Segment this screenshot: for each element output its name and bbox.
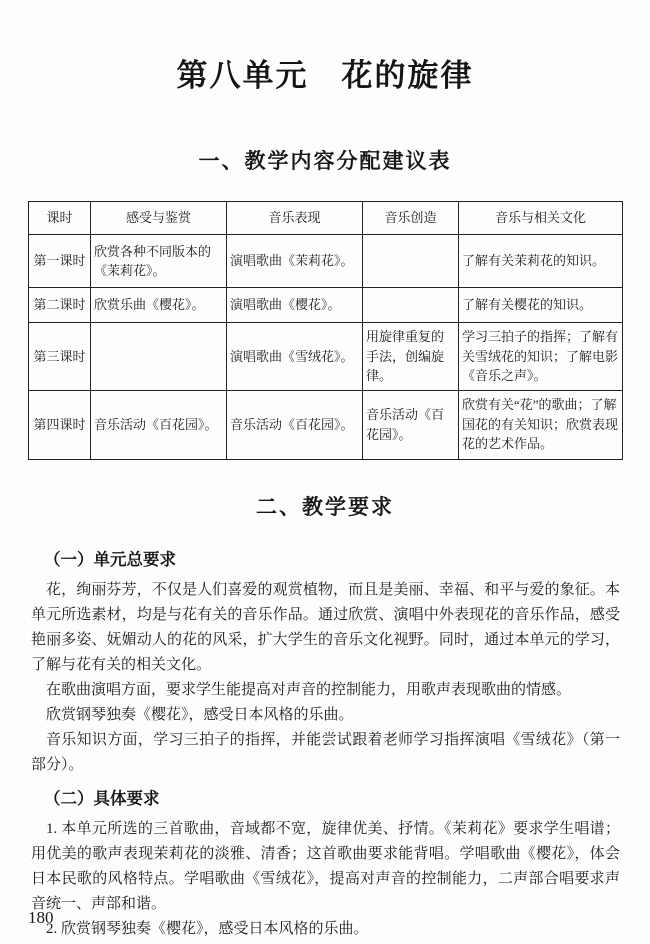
table-row: 第三课时 演唱歌曲《雪绒花》。 用旋律重复的手法，创编旋律。 学习三拍子的指挥；… — [29, 323, 623, 391]
table-cell: 欣赏有关“花”的歌曲；了解国花的有关知识；欣赏表现花的艺术作品。 — [459, 390, 623, 459]
paragraph: 花，绚丽芬芳，不仅是人们喜爱的观赏植物，而且是美丽、幸福、和平与爱的象征。本单元… — [31, 578, 620, 678]
schedule-table: 课时 感受与鉴赏 音乐表现 音乐创造 音乐与相关文化 第一课时 欣赏各种不同版本… — [28, 201, 623, 460]
section-one-heading: 一、教学内容分配建议表 — [0, 145, 650, 175]
table-cell: 演唱歌曲《樱花》。 — [227, 288, 363, 323]
table-cell: 音乐活动《百花园》。 — [363, 390, 459, 459]
paragraph: 1. 本单元所选的三首歌曲，音域都不宽，旋律优美、抒情。《茉莉花》要求学生唱谱；… — [31, 817, 620, 917]
table-cell: 演唱歌曲《雪绒花》。 — [227, 323, 363, 391]
table-cell: 音乐活动《百花园》。 — [91, 390, 227, 459]
document-page: 第八单元 花的旋律 一、教学内容分配建议表 课时 感受与鉴赏 音乐表现 音乐创造… — [0, 0, 650, 944]
table-cell: 欣赏各种不同版本的《茉莉花》。 — [91, 235, 227, 288]
table-cell: 了解有关樱花的知识。 — [459, 288, 623, 323]
table-header-cell: 音乐表现 — [227, 202, 363, 235]
unit-requirements-heading: （一）单元总要求 — [44, 546, 650, 570]
table-cell: 第二课时 — [29, 288, 91, 323]
table-cell: 第四课时 — [29, 390, 91, 459]
table-cell — [91, 323, 227, 391]
table-cell: 欣赏乐曲《樱花》。 — [91, 288, 227, 323]
table-cell — [363, 288, 459, 323]
table-cell: 音乐活动《百花园》。 — [227, 390, 363, 459]
page-number: 180 — [28, 908, 54, 928]
table-header-cell: 音乐与相关文化 — [459, 202, 623, 235]
table-cell: 学习三拍子的指挥；了解有关雪绒花的知识；了解电影《音乐之声》。 — [459, 323, 623, 391]
table-header-row: 课时 感受与鉴赏 音乐表现 音乐创造 音乐与相关文化 — [29, 202, 623, 235]
table-cell — [363, 235, 459, 288]
unit-title: 第八单元 花的旋律 — [0, 0, 650, 95]
table-row: 第四课时 音乐活动《百花园》。 音乐活动《百花园》。 音乐活动《百花园》。 欣赏… — [29, 390, 623, 459]
paragraph: 2. 欣赏钢琴独奏《樱花》，感受日本风格的乐曲。 — [31, 917, 620, 942]
table-cell: 第一课时 — [29, 235, 91, 288]
paragraph: 欣赏钢琴独奏《樱花》，感受日本风格的乐曲。 — [31, 703, 620, 728]
table-cell: 第三课时 — [29, 323, 91, 391]
table-cell: 用旋律重复的手法，创编旋律。 — [363, 323, 459, 391]
table-header-cell: 课时 — [29, 202, 91, 235]
specific-requirements-heading: （二）具体要求 — [44, 785, 650, 809]
table-cell: 演唱歌曲《茉莉花》。 — [227, 235, 363, 288]
table-cell: 了解有关茉莉花的知识。 — [459, 235, 623, 288]
table-header-cell: 感受与鉴赏 — [91, 202, 227, 235]
table-row: 第一课时 欣赏各种不同版本的《茉莉花》。 演唱歌曲《茉莉花》。 了解有关茉莉花的… — [29, 235, 623, 288]
paragraph: 在歌曲演唱方面，要求学生能提高对声音的控制能力，用歌声表现歌曲的情感。 — [31, 678, 620, 703]
table-row: 第二课时 欣赏乐曲《樱花》。 演唱歌曲《樱花》。 了解有关樱花的知识。 — [29, 288, 623, 323]
section-two-heading: 二、教学要求 — [0, 491, 650, 521]
table-header-cell: 音乐创造 — [363, 202, 459, 235]
paragraph: 音乐知识方面，学习三拍子的指挥，并能尝试跟着老师学习指挥演唱《雪绒花》（第一部分… — [31, 728, 620, 778]
